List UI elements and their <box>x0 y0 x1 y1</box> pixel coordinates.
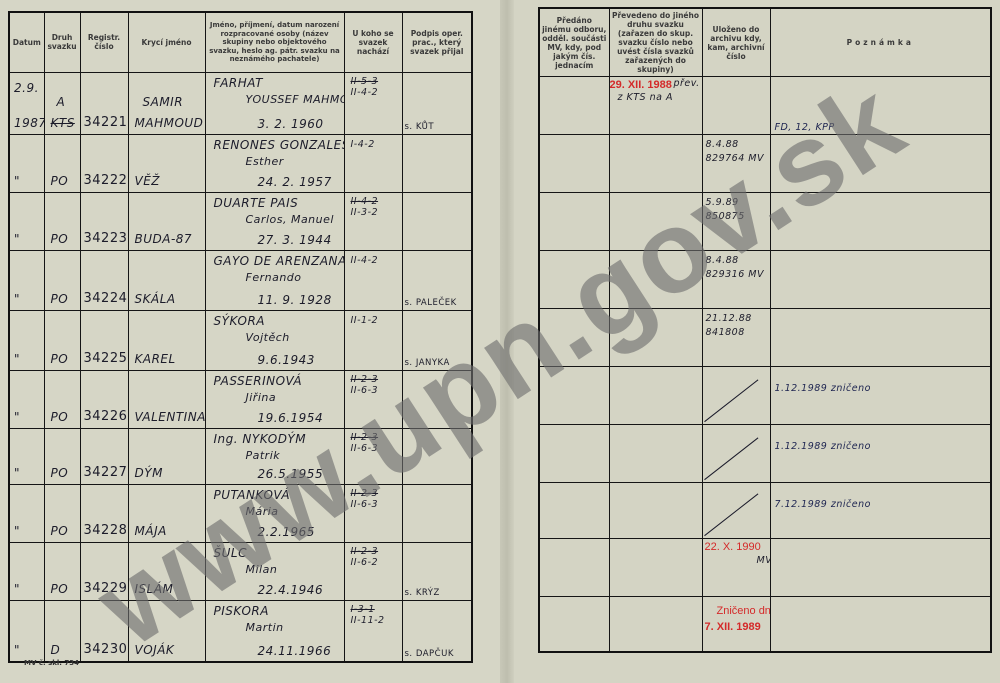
cell-prevedeno <box>609 425 702 483</box>
osoba-firstname: Esther <box>246 155 284 168</box>
header-ulozeno: Uloženo do archivu kdy, kam, archivní čí… <box>702 8 770 77</box>
datum-line2: " <box>14 466 20 480</box>
table-row: 22. X. 1990MV <box>539 539 991 597</box>
cancel-slash <box>704 493 758 536</box>
cell-kryci-jmeno: KAREL <box>128 310 205 370</box>
poznamka-value: FD, 12, KPP <box>775 122 835 133</box>
destroyed-date-stamp: 7. XII. 1989 <box>705 621 761 633</box>
osoba-firstname: Vojtěch <box>246 331 290 344</box>
cell-datum: 2.9.1987 <box>9 72 44 134</box>
header-predano: Předáno jinému odboru, odděl. součásti M… <box>539 8 609 77</box>
location-old: II-2-3 <box>351 374 379 385</box>
cell-poznamka <box>770 309 991 367</box>
location: II-6-2 <box>351 557 379 568</box>
table-row: "PO34228MÁJAPUTANKOVÁMária2.2.1965II-2-3… <box>9 484 472 542</box>
cell-osoba: PISKORAMartin24.11.1966 <box>205 600 344 662</box>
kryci-jmeno: VOJÁK <box>135 643 175 657</box>
cell-prevedeno <box>609 483 702 539</box>
cell-kryci-jmeno: VĚŽ <box>128 134 205 192</box>
osoba-firstname: Patrik <box>246 449 281 462</box>
osoba-firstname: YOUSSEF MAHMOUD <box>246 93 345 106</box>
osoba-surname: RENONES GONZALES <box>214 138 345 152</box>
cell-u-koho: I-3-1II-11-2 <box>344 600 402 662</box>
cell-ulozeno: 22. X. 1990MV <box>702 539 770 597</box>
cell-prevedeno: 29. XII. 1988přev.z KTS na A <box>609 77 702 135</box>
cell-registr: 34230 <box>80 600 128 662</box>
cell-u-koho: II-1-2 <box>344 310 402 370</box>
cell-predano <box>539 425 609 483</box>
table-row: 1.12.1989 zničeno <box>539 425 991 483</box>
kryci-jmeno: KAREL <box>135 352 176 366</box>
table-row: 7.12.1989 zničeno <box>539 483 991 539</box>
registry-ledger-left: Datum Druh svazku Registr. číslo Krycí j… <box>8 11 473 663</box>
cell-datum: " <box>9 134 44 192</box>
cell-u-koho: II-4-2 <box>344 250 402 310</box>
cell-ulozeno: 8.4.88829316 MV <box>702 251 770 309</box>
osoba-surname: ŠULC <box>214 546 247 560</box>
cell-druh: PO <box>44 542 80 600</box>
cell-kryci-jmeno: MÁJA <box>128 484 205 542</box>
druh-top: A <box>57 95 66 109</box>
archive-number: 829316 MV <box>706 269 764 280</box>
location: II-1-2 <box>351 315 379 326</box>
cell-u-koho: II-2-3II-6-3 <box>344 428 402 484</box>
cell-druh: D <box>44 600 80 662</box>
transfer-date-stamp: 29. XII. 1988 <box>610 79 672 91</box>
osoba-surname: PUTANKOVÁ <box>214 488 291 502</box>
header-podpis: Podpis oper. prac., který svazek přijal <box>402 12 472 72</box>
cell-predano <box>539 193 609 251</box>
registr-number: 34224 <box>84 291 128 306</box>
left-header-row: Datum Druh svazku Registr. číslo Krycí j… <box>9 12 472 72</box>
table-row: Zničeno dne7. XII. 1989 <box>539 597 991 652</box>
druh-value: PO <box>51 174 69 188</box>
cell-druh: PO <box>44 370 80 428</box>
poznamka-value: 1.12.1989 zničeno <box>775 383 871 394</box>
location: II-6-3 <box>351 443 379 454</box>
archive-date: 21.12.88 <box>706 313 752 324</box>
cell-podpis <box>402 428 472 484</box>
cell-poznamka: 1.12.1989 zničeno <box>770 367 991 425</box>
cell-prevedeno <box>609 367 702 425</box>
osoba-birthdate: 27. 3. 1944 <box>258 233 332 247</box>
cell-ulozeno <box>702 367 770 425</box>
cell-podpis <box>402 370 472 428</box>
cell-ulozeno <box>702 425 770 483</box>
osoba-birthdate: 19.6.1954 <box>258 411 324 425</box>
cell-prevedeno <box>609 135 702 193</box>
osoba-surname: GAYO DE ARENZANA <box>214 254 345 268</box>
table-row: 5.9.89850875 <box>539 193 991 251</box>
cell-prevedeno <box>609 539 702 597</box>
druh-value: PO <box>51 582 69 596</box>
cell-datum: " <box>9 484 44 542</box>
location-old: I-3-1 <box>351 604 375 615</box>
osoba-surname: DUARTE PAIS <box>214 196 299 210</box>
osoba-surname: Ing. NYKODÝM <box>214 432 307 446</box>
cell-poznamka <box>770 597 991 652</box>
registr-number: 34226 <box>84 409 128 424</box>
archive-date: 8.4.88 <box>706 255 739 266</box>
cell-u-koho: I-4-2 <box>344 134 402 192</box>
cell-podpis <box>402 134 472 192</box>
cell-druh: AKTS <box>44 72 80 134</box>
cell-osoba: Ing. NYKODÝMPatrik26.5.1955 <box>205 428 344 484</box>
table-row: "PO34225KARELSÝKORAVojtěch9.6.1943II-1-2… <box>9 310 472 370</box>
cell-poznamka <box>770 135 991 193</box>
cell-podpis: s. JANYKA <box>402 310 472 370</box>
table-row: 8.4.88829316 MV <box>539 251 991 309</box>
poznamka-value: 1.12.1989 zničeno <box>775 441 871 452</box>
datum-line2: " <box>14 410 20 424</box>
druh-value: KTS <box>51 116 75 130</box>
cell-prevedeno <box>609 193 702 251</box>
location-old: II-4-2 <box>351 196 379 207</box>
osoba-birthdate: 26.5.1955 <box>258 467 324 481</box>
cell-podpis: s. PALEČEK <box>402 250 472 310</box>
table-row: 2.9.1987AKTS34221SAMIRMAHMOUDFARHATYOUSS… <box>9 72 472 134</box>
kryci-jmeno: VĚŽ <box>135 174 161 188</box>
cell-osoba: GAYO DE ARENZANAFernando11. 9. 1928 <box>205 250 344 310</box>
registry-ledger-right: Předáno jinému odboru, odděl. součásti M… <box>538 7 992 653</box>
registr-number: 34223 <box>84 231 128 246</box>
table-row: "D34230VOJÁKPISKORAMartin24.11.1966I-3-1… <box>9 600 472 662</box>
kryci-jmeno: MAHMOUD <box>135 116 204 130</box>
table-row: "PO34224SKÁLAGAYO DE ARENZANAFernando11.… <box>9 250 472 310</box>
header-jmeno-osoby: Jméno, příjmení, datum narození rozpraco… <box>205 12 344 72</box>
cell-u-koho: II-2-3II-6-2 <box>344 542 402 600</box>
datum-line2: " <box>14 174 20 188</box>
archive-number: 850875 <box>706 211 745 222</box>
destroyed-label-stamp: Zničeno dne <box>717 605 771 617</box>
cell-podpis <box>402 192 472 250</box>
osoba-birthdate: 24. 2. 1957 <box>258 175 332 189</box>
cell-predano <box>539 483 609 539</box>
cell-osoba: DUARTE PAISCarlos, Manuel27. 3. 1944 <box>205 192 344 250</box>
cell-registr: 34229 <box>80 542 128 600</box>
cell-registr: 34226 <box>80 370 128 428</box>
datum-line2: " <box>14 643 20 657</box>
location: II-3-2 <box>351 207 379 218</box>
archive-date-stamp: 22. X. 1990 <box>705 541 761 553</box>
cell-osoba: PASSERINOVÁJiřina19.6.1954 <box>205 370 344 428</box>
location: II-6-3 <box>351 499 379 510</box>
form-number: MV č. skl. 734 <box>24 659 79 667</box>
osoba-firstname: Mária <box>246 505 279 518</box>
header-poznamka: Poznámka <box>770 8 991 77</box>
cell-registr: 34225 <box>80 310 128 370</box>
cell-podpis: s. KŮT <box>402 72 472 134</box>
datum-line2: " <box>14 352 20 366</box>
registr-number: 34225 <box>84 351 128 366</box>
header-registr-cislo: Registr. číslo <box>80 12 128 72</box>
cell-datum: " <box>9 542 44 600</box>
location: II-11-2 <box>351 615 385 626</box>
druh-value: PO <box>51 292 69 306</box>
signature-name: s. PALEČEK <box>405 298 457 308</box>
kryci-jmeno: SKÁLA <box>135 292 176 306</box>
poznamka-value: 7.12.1989 zničeno <box>775 499 871 510</box>
cell-kryci-jmeno: DÝM <box>128 428 205 484</box>
cell-podpis <box>402 484 472 542</box>
signature-name: s. KŮT <box>405 122 435 132</box>
cell-predano <box>539 309 609 367</box>
archive-date: 8.4.88 <box>706 139 739 150</box>
druh-value: PO <box>51 524 69 538</box>
osoba-birthdate: 2.2.1965 <box>258 525 315 539</box>
table-row: 8.4.88829764 MV <box>539 135 991 193</box>
table-row: "PO34229ISLÁMŠULCMilan22.4.1946II-2-3II-… <box>9 542 472 600</box>
location: II-4-2 <box>351 255 379 266</box>
kryci-line1: SAMIR <box>143 95 184 109</box>
location-old: II-5-3 <box>351 76 379 87</box>
druh-value: D <box>51 643 61 657</box>
cell-kryci-jmeno: VOJÁK <box>128 600 205 662</box>
cell-prevedeno <box>609 597 702 652</box>
header-kryci-jmeno: Krycí jméno <box>128 12 205 72</box>
cell-ulozeno <box>702 77 770 135</box>
table-row: 1.12.1989 zničeno <box>539 367 991 425</box>
kryci-jmeno: DÝM <box>135 466 163 480</box>
cell-datum: " <box>9 600 44 662</box>
table-row: 29. XII. 1988přev.z KTS na AFD, 12, KPP <box>539 77 991 135</box>
datum-line2: " <box>14 232 20 246</box>
transfer-detail: z KTS na A <box>618 92 673 103</box>
datum-line2: " <box>14 292 20 306</box>
registr-number: 34227 <box>84 465 128 480</box>
registr-number: 34222 <box>84 173 128 188</box>
osoba-firstname: Fernando <box>246 271 302 284</box>
osoba-birthdate: 24.11.1966 <box>258 644 332 658</box>
datum-line1: 2.9. <box>14 81 39 95</box>
osoba-firstname: Milan <box>246 563 278 576</box>
archive-number: 841808 <box>706 327 745 338</box>
cell-podpis: s. KRÝZ <box>402 542 472 600</box>
cell-kryci-jmeno: BUDA-87 <box>128 192 205 250</box>
kryci-jmeno: BUDA-87 <box>135 232 193 246</box>
datum-line2: 1987 <box>14 116 44 130</box>
osoba-birthdate: 9.6.1943 <box>258 353 315 367</box>
cell-u-koho: II-4-2II-3-2 <box>344 192 402 250</box>
table-row: "PO34222VĚŽRENONES GONZALESEsther24. 2. … <box>9 134 472 192</box>
cell-datum: " <box>9 250 44 310</box>
registr-number: 34230 <box>84 642 128 657</box>
cell-datum: " <box>9 310 44 370</box>
osoba-firstname: Martin <box>246 621 284 634</box>
cell-u-koho: II-2-3II-6-3 <box>344 484 402 542</box>
cell-druh: PO <box>44 250 80 310</box>
book-gutter <box>500 0 514 683</box>
druh-value: PO <box>51 466 69 480</box>
cell-kryci-jmeno: ISLÁM <box>128 542 205 600</box>
cell-osoba: RENONES GONZALESEsther24. 2. 1957 <box>205 134 344 192</box>
cell-ulozeno: 8.4.88829764 MV <box>702 135 770 193</box>
cell-druh: PO <box>44 428 80 484</box>
registr-number: 34221 <box>84 115 128 130</box>
cell-registr: 34227 <box>80 428 128 484</box>
datum-line2: " <box>14 524 20 538</box>
osoba-surname: PASSERINOVÁ <box>214 374 303 388</box>
signature-name: s. DAPČUK <box>405 649 454 659</box>
druh-value: PO <box>51 352 69 366</box>
cell-datum: " <box>9 192 44 250</box>
cell-ulozeno: Zničeno dne7. XII. 1989 <box>702 597 770 652</box>
signature-name: s. KRÝZ <box>405 588 440 598</box>
osoba-firstname: Carlos, Manuel <box>246 213 334 226</box>
cancel-slash <box>704 379 758 422</box>
cell-poznamka: 1.12.1989 zničeno <box>770 425 991 483</box>
cell-poznamka <box>770 251 991 309</box>
table-row: 21.12.88841808 <box>539 309 991 367</box>
cell-osoba: PUTANKOVÁMária2.2.1965 <box>205 484 344 542</box>
cell-predano <box>539 539 609 597</box>
osoba-surname: SÝKORA <box>214 314 266 328</box>
header-druh-svazku: Druh svazku <box>44 12 80 72</box>
location-old: II-2-3 <box>351 488 379 499</box>
table-row: "PO34223BUDA-87DUARTE PAISCarlos, Manuel… <box>9 192 472 250</box>
osoba-birthdate: 11. 9. 1928 <box>258 293 332 307</box>
cell-registr: 34222 <box>80 134 128 192</box>
osoba-birthdate: 22.4.1946 <box>258 583 324 597</box>
registr-number: 34228 <box>84 523 128 538</box>
cell-prevedeno <box>609 309 702 367</box>
cell-registr: 34221 <box>80 72 128 134</box>
cell-druh: PO <box>44 134 80 192</box>
location: II-4-2 <box>351 87 379 98</box>
header-datum: Datum <box>9 12 44 72</box>
cell-druh: PO <box>44 484 80 542</box>
cell-ulozeno: 5.9.89850875 <box>702 193 770 251</box>
cell-poznamka: 7.12.1989 zničeno <box>770 483 991 539</box>
cell-osoba: FARHATYOUSSEF MAHMOUD3. 2. 1960 <box>205 72 344 134</box>
cell-osoba: ŠULCMilan22.4.1946 <box>205 542 344 600</box>
cell-u-koho: II-2-3II-6-3 <box>344 370 402 428</box>
cell-predano <box>539 367 609 425</box>
cell-poznamka: FD, 12, KPP <box>770 77 991 135</box>
kryci-jmeno: VALENTINA <box>135 410 206 424</box>
cell-kryci-jmeno: SKÁLA <box>128 250 205 310</box>
archive-date: 5.9.89 <box>706 197 739 208</box>
cell-ulozeno <box>702 483 770 539</box>
osoba-birthdate: 3. 2. 1960 <box>258 117 324 131</box>
cell-druh: PO <box>44 192 80 250</box>
druh-value: PO <box>51 410 69 424</box>
cell-predano <box>539 597 609 652</box>
archive-number: 829764 MV <box>706 153 764 164</box>
location: II-6-3 <box>351 385 379 396</box>
osoba-surname: FARHAT <box>214 76 263 90</box>
cell-poznamka <box>770 539 991 597</box>
cell-kryci-jmeno: SAMIRMAHMOUD <box>128 72 205 134</box>
cell-predano <box>539 251 609 309</box>
cell-u-koho: II-5-3II-4-2 <box>344 72 402 134</box>
cell-predano <box>539 77 609 135</box>
cell-prevedeno <box>609 251 702 309</box>
osoba-firstname: Jiřina <box>246 391 277 404</box>
right-header-row: Předáno jinému odboru, odděl. součásti M… <box>539 8 991 77</box>
transfer-note: přev. <box>674 78 700 89</box>
header-u-koho: U koho se svazek nachází <box>344 12 402 72</box>
location-old: II-2-3 <box>351 546 379 557</box>
cell-ulozeno: 21.12.88841808 <box>702 309 770 367</box>
cell-registr: 34224 <box>80 250 128 310</box>
cell-kryci-jmeno: VALENTINA <box>128 370 205 428</box>
druh-value: PO <box>51 232 69 246</box>
cancel-slash <box>704 437 758 480</box>
cell-registr: 34228 <box>80 484 128 542</box>
archive-note: MV <box>757 555 771 566</box>
cell-osoba: SÝKORAVojtěch9.6.1943 <box>205 310 344 370</box>
cell-podpis: s. DAPČUK <box>402 600 472 662</box>
table-row: "PO34226VALENTINAPASSERINOVÁJiřina19.6.1… <box>9 370 472 428</box>
cell-poznamka <box>770 193 991 251</box>
cell-druh: PO <box>44 310 80 370</box>
cell-datum: " <box>9 428 44 484</box>
cell-predano <box>539 135 609 193</box>
kryci-jmeno: ISLÁM <box>135 582 174 596</box>
kryci-jmeno: MÁJA <box>135 524 167 538</box>
cell-registr: 34223 <box>80 192 128 250</box>
registr-number: 34229 <box>84 581 128 596</box>
cell-datum: " <box>9 370 44 428</box>
signature-name: s. JANYKA <box>405 358 450 368</box>
table-row: "PO34227DÝMIng. NYKODÝMPatrik26.5.1955II… <box>9 428 472 484</box>
osoba-surname: PISKORA <box>214 604 269 618</box>
header-prevedeno: Převedeno do jiného druhu svazku (zařaze… <box>609 8 702 77</box>
datum-line2: " <box>14 582 20 596</box>
location-old: II-2-3 <box>351 432 379 443</box>
location: I-4-2 <box>351 139 375 150</box>
